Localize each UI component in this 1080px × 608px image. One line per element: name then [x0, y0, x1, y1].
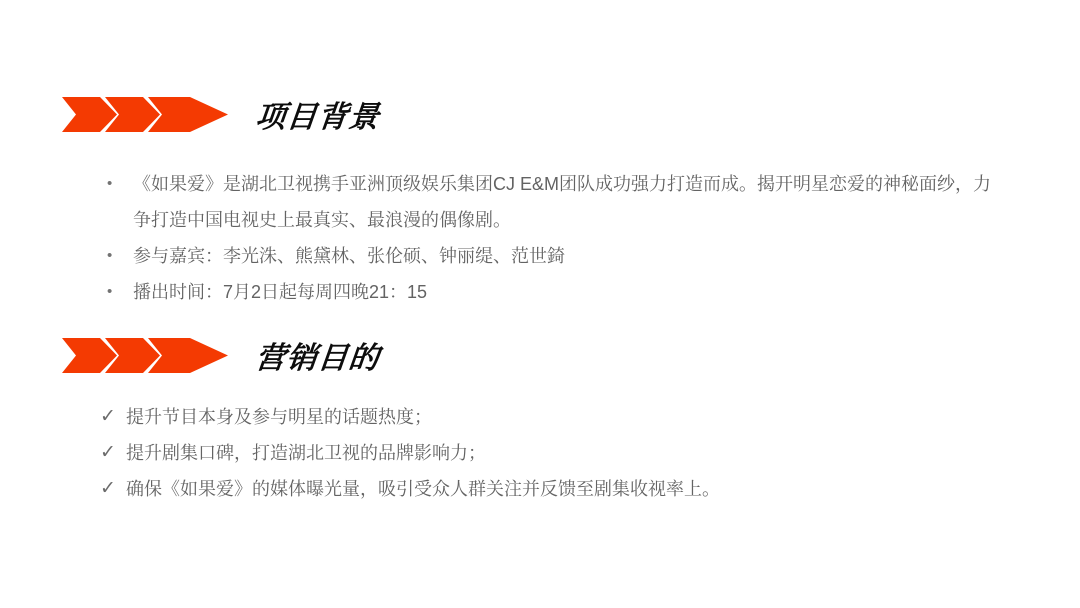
check-item-media-exposure: ✓ 确保《如果爱》的媒体曝光量，吸引受众人群关注并反馈至剧集收视率上。	[100, 471, 1000, 507]
project-background-list: • 《如果爱》是湖北卫视携手亚洲顶级娱乐集团CJ E&M团队成功强力打造而成。揭…	[107, 166, 999, 310]
list-item-text: 播出时间：7月2日起每周四晚21：15	[133, 274, 999, 310]
check-item-brand-influence: ✓ 提升剧集口碑，打造湖北卫视的品牌影响力；	[100, 435, 1000, 471]
bullet-dot-icon: •	[107, 166, 133, 202]
section-title-marketing-goals: 营销目的	[254, 333, 383, 377]
check-item-topic-heat: ✓ 提升节目本身及参与明星的话题热度；	[100, 399, 1000, 435]
section-header-marketing-goals: 营销目的	[62, 337, 380, 373]
list-item-text: 参与嘉宾：李光洙、熊黛林、张伦硕、钟丽缇、范世錡	[133, 238, 999, 274]
check-item-text: 确保《如果爱》的媒体曝光量，吸引受众人群关注并反馈至剧集收视率上。	[126, 471, 1000, 507]
list-item-guests: • 参与嘉宾：李光洙、熊黛林、张伦硕、钟丽缇、范世錡	[107, 238, 999, 274]
checkmark-icon: ✓	[100, 399, 126, 435]
checkmark-icon: ✓	[100, 471, 126, 507]
marketing-goals-list: ✓ 提升节目本身及参与明星的话题热度； ✓ 提升剧集口碑，打造湖北卫视的品牌影响…	[100, 399, 1000, 507]
check-item-text: 提升剧集口碑，打造湖北卫视的品牌影响力；	[126, 435, 1000, 471]
bullet-dot-icon: •	[107, 274, 133, 310]
checkmark-icon: ✓	[100, 435, 126, 471]
triple-chevron-arrows-icon	[62, 338, 228, 373]
section-title-project-background: 项目背景	[254, 92, 383, 136]
triple-chevron-arrows-icon	[62, 97, 228, 132]
check-item-text: 提升节目本身及参与明星的话题热度；	[126, 399, 1000, 435]
bullet-dot-icon: •	[107, 238, 133, 274]
section-header-project-background: 项目背景	[62, 96, 380, 132]
slide-canvas: 项目背景 • 《如果爱》是湖北卫视携手亚洲顶级娱乐集团CJ E&M团队成功强力打…	[0, 0, 1080, 608]
list-item-airtime: • 播出时间：7月2日起每周四晚21：15	[107, 274, 999, 310]
list-item-show-intro: • 《如果爱》是湖北卫视携手亚洲顶级娱乐集团CJ E&M团队成功强力打造而成。揭…	[107, 166, 999, 238]
list-item-text: 《如果爱》是湖北卫视携手亚洲顶级娱乐集团CJ E&M团队成功强力打造而成。揭开明…	[133, 166, 999, 238]
